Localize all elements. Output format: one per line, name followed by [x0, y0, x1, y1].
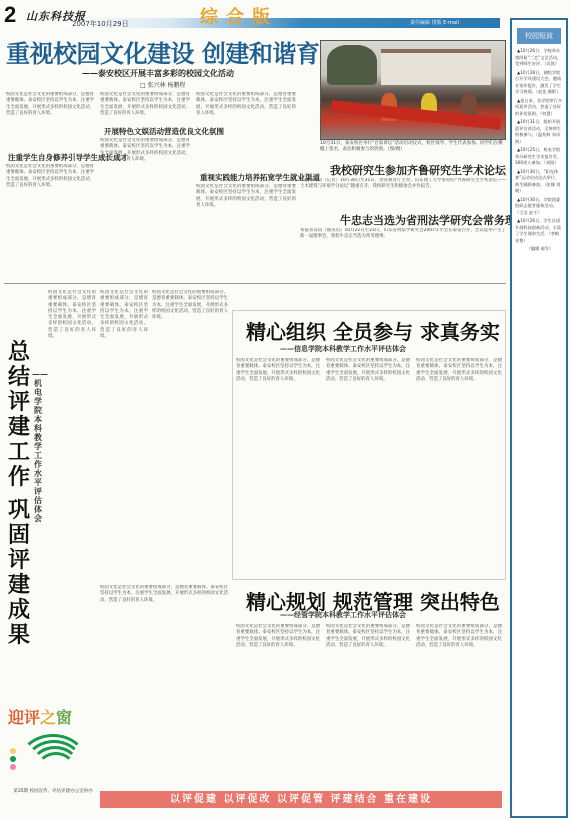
- news-photo: [320, 40, 506, 140]
- headline-char: 建: [8, 573, 30, 598]
- sidebar-title: 校园短波: [517, 28, 561, 44]
- article4-body-col-2: 校园文化是社会文化的重要组成部分，是德育重要载体。泰安校区坚持以学生为本，注重学…: [326, 624, 410, 786]
- headline-char: 总: [8, 340, 30, 365]
- article3-body-col-3: 校园文化是社会文化的重要组成部分，是德育重要载体。泰安校区坚持以学生为本，注重学…: [152, 290, 228, 580]
- headline-char: 成: [8, 598, 30, 623]
- sidebar-editor: （编辑 郝军）: [515, 246, 563, 253]
- sidebar-item: ▲连日来，各学院举行多项迎评活动，营造了良好的评估氛围。（何慧）: [515, 98, 563, 118]
- lead-body-col-1: 校园文化是社会文化的重要组成部分，是德育重要载体。泰安校区坚持以学生为本，注重学…: [6, 92, 94, 148]
- sidebar-item: ▲10月28日，测绘学院召开学风建设大会，邀请专家作报告，激发了学生学习热情。（…: [515, 70, 563, 96]
- headline-char: 评: [8, 390, 30, 415]
- sidebar-item: ▲10月30日，“阳光体育”运动启动仪式举行，师生踊跃参加。（张娜 刘晓）: [515, 169, 563, 195]
- news-headline-2: 牛忠志当选为省刑法学研究会常务理事: [340, 212, 527, 228]
- headline-char: 工: [8, 440, 30, 465]
- lead-body-col-3: 校园文化是社会文化的重要组成部分，是德育重要载体。泰安校区坚持以学生为本，注重学…: [196, 92, 296, 168]
- article4-body-col-1: 校园文化是社会文化的重要组成部分，是德育重要载体。泰安校区坚持以学生为本，注重学…: [236, 624, 320, 786]
- issue-date: 2007年10月29日: [72, 19, 129, 29]
- photo-building: [381, 49, 491, 85]
- logo-char: 之: [40, 708, 56, 727]
- vertical-subhead: ——机电学院本科教学工作水平评估体会: [32, 370, 44, 523]
- headline-char: 建: [8, 415, 30, 440]
- sidebar-item: ▲10月31日，组织开展迎评宣讲活动，全体师生积极参与。（温兆辉 祁凤海）: [515, 119, 563, 145]
- sidebar-items: ▲10月26日，学校举办第四届“三走”文艺活动，受到师生好评。（吴凯） ▲10月…: [515, 48, 563, 253]
- news-body-1: 本报青岛讯（记者）10月30日至31日，由省教育厅主办、山东理工大学承办的“齐鲁…: [300, 178, 506, 210]
- headline-char: 评: [8, 548, 30, 573]
- article2-body-col-2: 校园文化是社会文化的重要组成部分，是德育重要载体。泰安校区坚持以学生为本，注重学…: [326, 358, 410, 574]
- sidebar-news-brief: 校园短波 ▲10月26日，学校举办第四届“三走”文艺活动，受到师生好评。（吴凯）…: [510, 18, 568, 818]
- news-headline-1: 我校研究生参加齐鲁研究生学术论坛: [330, 162, 506, 178]
- header-meta: 责任编辑 排版 E-mail: [410, 19, 459, 26]
- section-title: 综合版: [200, 3, 278, 29]
- photo-caption: 10月31日，泰安校区举行“百家讲坛”活动启动仪式，校区领导、学生代表参加。同学…: [320, 141, 506, 153]
- logo-char: 迎: [8, 708, 24, 727]
- vertical-headline: 总 结 评 建 工 作 巩 固 评 建 成 果: [6, 340, 32, 648]
- lead-body-col-2: 校园文化是社会文化的重要组成部分，是德育重要载体。泰安校区坚持以学生为本，注重学…: [100, 92, 190, 120]
- sidebar-item: ▲10月26日，学生社团开展科技创新活动，丰富了学生课余生活。（李梅 宋艳）: [515, 218, 563, 244]
- article4-subhead: ——经管学院本科教学工作水平评估体会: [280, 610, 406, 620]
- slogan-banner: 以评促建 以评促改 以评促管 评建结合 重在建设: [100, 791, 502, 808]
- lead-body-col-1b: 校园文化是社会文化的重要组成部分，是德育重要载体。泰安校区坚持以学生为本，注重学…: [6, 164, 94, 274]
- sidebar-item: ▲10月26日，学校举办第四届“三走”文艺活动，受到师生好评。（吴凯）: [515, 48, 563, 68]
- lead-byline: □ 张兴林 杨鹏程: [140, 80, 185, 89]
- headline-char: 作: [8, 465, 30, 490]
- article2-headline: 精心组织 全员参与 求真务实: [246, 316, 500, 345]
- article3-body-col-1: 校园文化是社会文化的重要组成部分，是德育重要载体。泰安校区坚持以学生为本，注重学…: [48, 290, 96, 700]
- article2-body-col-1: 校园文化是社会文化的重要组成部分，是德育重要载体。泰安校区坚持以学生为本，注重学…: [236, 358, 320, 574]
- headline-char: 巩: [8, 498, 30, 523]
- article2-subhead: ——信息学院本科教学工作水平评估体会: [280, 344, 406, 354]
- photo-tree: [327, 45, 377, 85]
- logo-graphic-icon: [8, 730, 88, 786]
- news-body-2: 本报青岛讯（通讯员）10月22日至23日，山东省刑法学研究会2007年年会在泰安…: [300, 228, 506, 278]
- lead-body-col-3b: 校园文化是社会文化的重要组成部分，是德育重要载体。泰安校区坚持以学生为本，注重学…: [196, 184, 296, 274]
- feature-logo: 迎评之窗 第35期 校园宣传、评估评建办公室协办: [8, 705, 98, 810]
- logo-char: 窗: [56, 708, 72, 727]
- section-divider: [4, 283, 506, 284]
- headline-char: 果: [8, 623, 30, 648]
- logo-title: 迎评之窗: [8, 705, 98, 728]
- page-number: 2: [4, 2, 16, 28]
- article4-body-col-3: 校园文化是社会文化的重要组成部分，是德育重要载体。泰安校区坚持以学生为本，注重学…: [416, 624, 502, 786]
- masthead: 2 山东科技报 2007年10月29日 综合版 责任编辑 排版 E-mail: [0, 0, 570, 30]
- logo-char: 评: [24, 708, 40, 727]
- article2-body-col-3: 校园文化是社会文化的重要组成部分，是德育重要载体。泰安校区坚持以学生为本，注重学…: [416, 358, 502, 574]
- article4-body-col-0: 校园文化是社会文化的重要组成部分，是德育重要载体。泰安校区坚持以学生为本，注重学…: [100, 585, 228, 785]
- lead-subhead: ——泰安校区开展丰富多彩的校园文化活动: [82, 68, 234, 79]
- sidebar-item: ▲10月30日，学院团委组织志愿者服务活动。（王浩 赵千）: [515, 197, 563, 217]
- headline-char: 固: [8, 523, 30, 548]
- headline-char: 结: [8, 365, 30, 390]
- lead-body-col-2b: 校园文化是社会文化的重要组成部分，是德育重要载体。泰安校区坚持以学生为本，注重学…: [100, 138, 190, 274]
- sidebar-item: ▲10月25日，机电学院举办研究生学术报告会，300余人参加。（刘阳）: [515, 147, 563, 167]
